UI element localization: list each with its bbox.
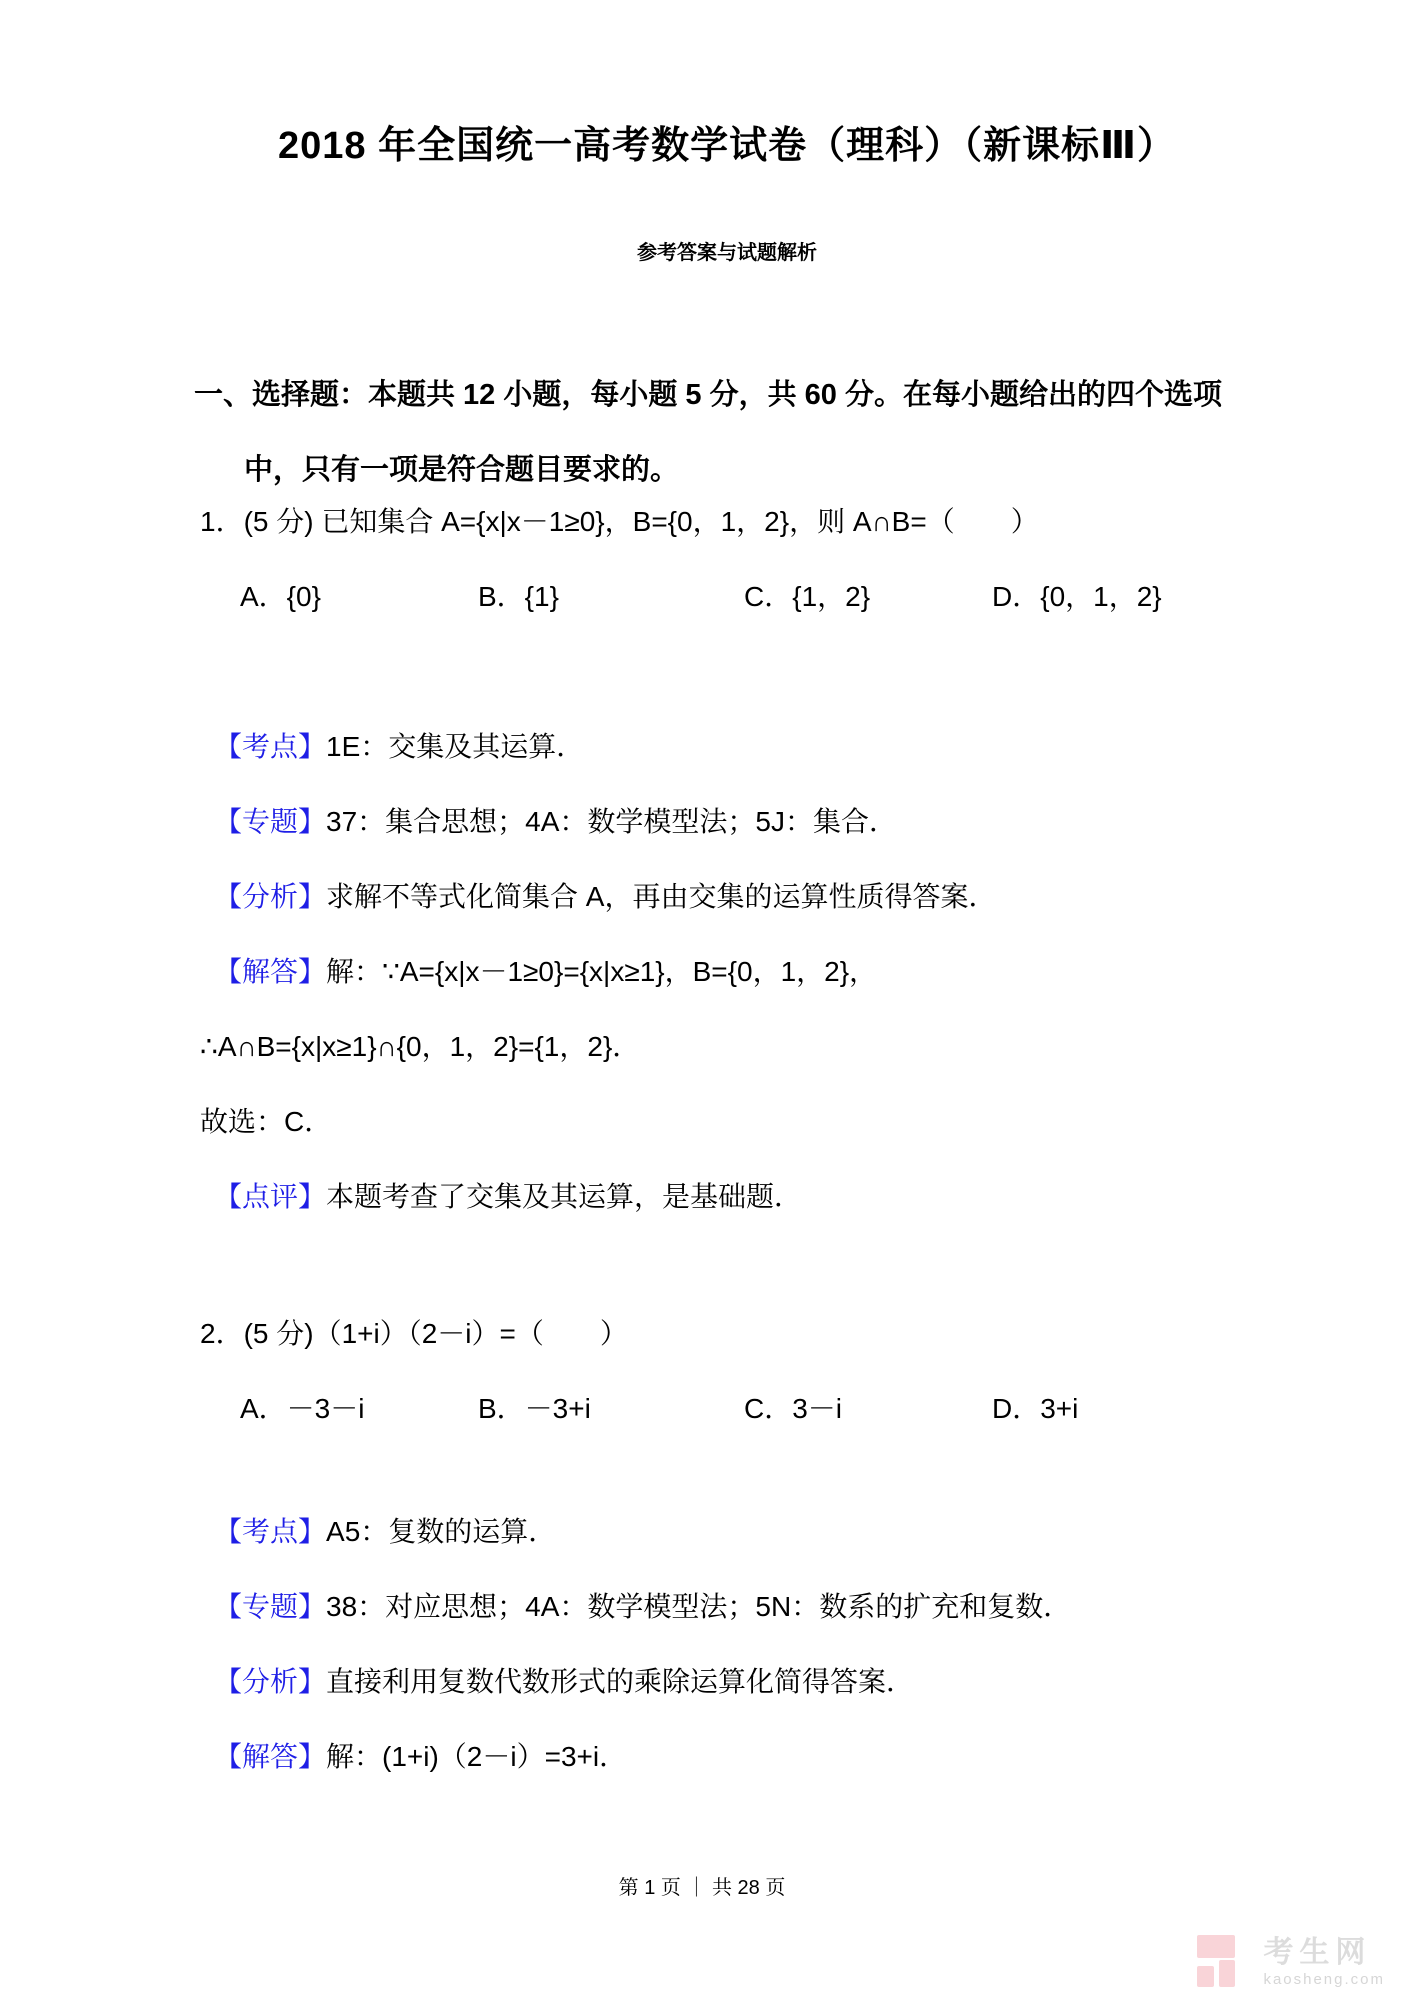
q1-kaodian-text: 1E：交集及其运算． [326, 731, 584, 762]
exam-answer-page: 2018 年全国统一高考数学试卷（理科）（新课标Ⅲ） 参考答案与试题解析 一、选… [0, 0, 1404, 2000]
q1-jieda-tag: 【解答】 [214, 956, 326, 987]
q2-jieda-line: 【解答】解：(1+i)（2－i）=3+i． [200, 1719, 1254, 1794]
question-2-option-c: C．3－i [744, 1371, 992, 1446]
q1-zhuanti-tag: 【专题】 [214, 806, 326, 837]
page-number-footer: 第 1 页 ｜ 共 28 页 [0, 1871, 1404, 1900]
question-2-options: A．－3－i B．－3+i C．3－i D．3+i [200, 1371, 1254, 1446]
q1-jieda-line: 【解答】解：∵A={x|x－1≥0}={x|x≥1}，B={0，1，2}， [200, 934, 1254, 1009]
q1-fenxi-text: 求解不等式化简集合 A，再由交集的运算性质得答案． [326, 881, 996, 912]
question-1-stem: 1．(5 分) 已知集合 A={x|x－1≥0}，B={0，1，2}，则 A∩B… [200, 484, 1254, 559]
q1-fenxi-line: 【分析】求解不等式化简集合 A，再由交集的运算性质得答案． [200, 859, 1254, 934]
q1-kaodian-tag: 【考点】 [214, 731, 326, 762]
q2-kaodian-tag: 【考点】 [214, 1516, 326, 1547]
q1-dianping-text: 本题考查了交集及其运算，是基础题． [326, 1181, 802, 1212]
watermark-text: 考生网 kaosheng.com [1263, 1938, 1385, 1987]
q1-dianping-tag: 【点评】 [214, 1181, 326, 1212]
q2-zhuanti-line: 【专题】38：对应思想；4A：数学模型法；5N：数系的扩充和复数． [200, 1569, 1254, 1644]
q1-kaodian-line: 【考点】1E：交集及其运算． [200, 709, 1254, 784]
logo-block-bottom-left [1197, 1966, 1214, 1987]
q1-answer-line: 故选：C． [200, 1084, 1254, 1159]
q2-zhuanti-text: 38：对应思想；4A：数学模型法；5N：数系的扩充和复数． [326, 1591, 1071, 1622]
q2-fenxi-tag: 【分析】 [214, 1666, 326, 1697]
question-1-options: A．{0} B．{1} C．{1，2} D．{0，1，2} [200, 559, 1254, 634]
q1-solution-continued: ∴A∩B={x|x≥1}∩{0，1，2}={1，2}． [200, 1009, 1254, 1084]
kaosheng-watermark: 考生网 kaosheng.com [1197, 1935, 1385, 1987]
q2-fenxi-text: 直接利用复数代数形式的乘除运算化简得答案． [326, 1666, 914, 1697]
q2-kaodian-line: 【考点】A5：复数的运算． [200, 1494, 1254, 1569]
question-2-stem: 2．(5 分)（1+i）（2－i）=（ ） [200, 1296, 1254, 1371]
question-1-option-b: B．{1} [478, 559, 744, 634]
q1-zhuanti-text: 37：集合思想；4A：数学模型法；5J：集合． [326, 806, 897, 837]
q1-dianping-line: 【点评】本题考查了交集及其运算，是基础题． [200, 1159, 1254, 1234]
page-title: 2018 年全国统一高考数学试卷（理科）（新课标Ⅲ） [200, 118, 1254, 174]
question-2-option-a: A．－3－i [240, 1371, 478, 1446]
q2-fenxi-line: 【分析】直接利用复数代数形式的乘除运算化简得答案． [200, 1644, 1254, 1719]
kaosheng-logo-icon [1197, 1935, 1253, 1987]
question-1-option-d: D．{0，1，2} [992, 559, 1254, 634]
page-subtitle: 参考答案与试题解析 [200, 238, 1254, 268]
question-2-option-d: D．3+i [992, 1371, 1254, 1446]
watermark-domain: kaosheng.com [1263, 1972, 1385, 1987]
question-1-option-c: C．{1，2} [744, 559, 992, 634]
q2-jieda-text: 解：(1+i)（2－i）=3+i． [326, 1741, 627, 1772]
question-2-option-b: B．－3+i [478, 1371, 744, 1446]
q2-jieda-tag: 【解答】 [214, 1741, 326, 1772]
page-content: 2018 年全国统一高考数学试卷（理科）（新课标Ⅲ） 参考答案与试题解析 一、选… [0, 0, 1404, 1794]
q1-jieda-text: 解：∵A={x|x－1≥0}={x|x≥1}，B={0，1，2}， [326, 956, 877, 987]
section-heading-line-1: 一、选择题：本题共 12 小题，每小题 5 分，共 60 分。在每小题给出的四个… [194, 358, 1254, 433]
q2-zhuanti-tag: 【专题】 [214, 1591, 326, 1622]
logo-block-top [1197, 1935, 1235, 1958]
logo-block-right [1219, 1960, 1235, 1987]
q1-zhuanti-line: 【专题】37：集合思想；4A：数学模型法；5J：集合． [200, 784, 1254, 859]
watermark-brand: 考生网 [1263, 1938, 1385, 1968]
q2-kaodian-text: A5：复数的运算． [326, 1516, 556, 1547]
question-1-option-a: A．{0} [240, 559, 478, 634]
q1-fenxi-tag: 【分析】 [214, 881, 326, 912]
